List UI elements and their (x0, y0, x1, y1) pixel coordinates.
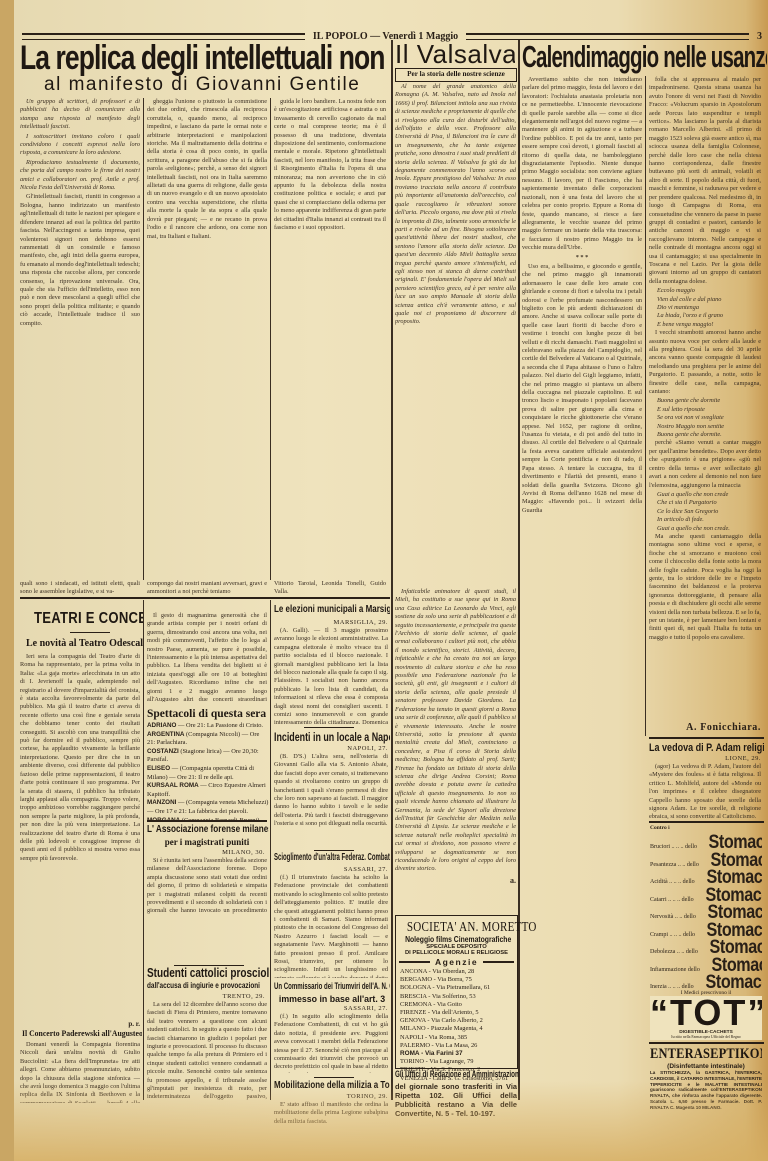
main-headline: La replica degli intellettuali non fasci… (20, 40, 309, 76)
poem-line: Guai a quello che non crede (657, 491, 761, 499)
body-paragraph: Al nome del grande anatomico della Romag… (395, 83, 516, 327)
agency-address: Via dell'Ariento, 5 (432, 1009, 479, 1016)
body-paragraph: (B. D'S.) L'altra sera, nell'osteria di … (274, 753, 388, 829)
tot-logo: “TOT” (650, 996, 762, 1030)
marsiglia-headline-block: Le elezioni municipali a Marsiglia (274, 604, 390, 618)
ad-body: La STITICHEZZA, la GASTRICA, l'ENTERICA,… (650, 1070, 762, 1111)
agency-city: ANCONA (400, 968, 427, 975)
agencies-title: Agenzie (435, 957, 478, 967)
tot-note: Iscritto nella Farmacopea Ufficiale del … (650, 1035, 762, 1039)
agency-city: BOLOGNA (400, 984, 431, 991)
ad-row: Pesantezza .. .. delloStomaco (650, 850, 762, 868)
body-text: Vittorio Taroial, Leonida Tonelli, Guido… (274, 580, 386, 595)
body-paragraph: (f.) In seguito allo scioglimento della … (274, 1013, 388, 1073)
body-paragraph: Gl'intellettuali fascisti, riuniti in co… (20, 193, 140, 328)
agency-row: MILANO - Piazzale Magenta, 4 (400, 1025, 517, 1033)
studenti-body: La sera del 12 dicembre dell'anno scorso… (147, 1001, 267, 1101)
notice-headline: Gli Uffici di Redazione ed Amministrazio… (395, 1069, 477, 1080)
ad-row-label: Pesantezza .. .. dello (650, 862, 699, 868)
poem-line: E bene venga maggio! (657, 321, 761, 329)
separator: * * * (522, 254, 642, 262)
agency-row: GENOVA - Via Carlo Alberto, 2 (400, 1017, 517, 1025)
combattenti-headline: Scioglimento d'un'altra Federaz. Combatt… (274, 852, 344, 863)
poem-stanza: Guai a quello che non crede Che ci sia i… (649, 491, 761, 533)
column-divider (518, 40, 520, 1100)
agency-row: TORINO - Via Lagrange, 79 (400, 1058, 517, 1066)
ad-row-label: Debolezza .. .. dello (650, 949, 698, 955)
agency-address: Piazzale Magenta, 4 (431, 1025, 483, 1032)
forense-subheadline: per i magistrati puniti (147, 837, 267, 847)
agency-city: GENOVA (400, 1017, 426, 1024)
main-subheadline: al manifesto di Giovanni Gentile (44, 74, 394, 96)
agency-address: Via Carlo Alberto, 2 (431, 1017, 483, 1024)
section-divider (20, 597, 390, 599)
agency-city: BRESCIA (400, 993, 427, 1000)
poem-line: Dio vi mantenga (657, 304, 761, 312)
milizia-dateline: TORINO, 29. (274, 1093, 388, 1102)
concert-body: Domani venerdì la Compagnia fiorentina N… (20, 1041, 140, 1103)
forense-headline-block: L' Associazione forense milanese (147, 823, 269, 837)
commissario-headline: Un Commissario dei Triumviri dell'A. N. … (274, 981, 348, 992)
body-paragraph: gheggia l'unione o piuttosto la commisti… (147, 98, 267, 241)
marsiglia-headline: Le elezioni municipali a Marsiglia (274, 604, 367, 615)
ad-row-label: Nervosità .. .. dello (650, 914, 696, 920)
body-paragraph: perchè «Siamo venuti a cantar maggio per… (649, 439, 761, 489)
agency-list: ANCONA - Via Oberdan, 28BERGAMO - Via Bo… (396, 968, 517, 1083)
ad-brand: ENTERASEPTIKON (650, 1046, 746, 1063)
show-listing: MANZONI — (Compagnia veneta Micheluzzi) … (147, 799, 269, 816)
show-listing: ELISEO — (Compagnia operetta Città di Mi… (147, 765, 269, 782)
poem-line: Che ci sia il Purgatorio (657, 499, 761, 507)
section-divider (649, 821, 764, 823)
newspaper-page: IL POPOLO — Venerdì 1 Maggio 3 La replic… (14, 0, 768, 1161)
intro-paragraph: Riproduciamo testualmente il documento, … (20, 159, 140, 193)
poem-line: Buona gente che dormite. (657, 431, 761, 439)
section-divider (649, 1042, 764, 1044)
ad-tagline: Noleggio films Cinematografiche (405, 935, 508, 944)
forense-body: Si è riunita ieri sera l'assemblea della… (147, 857, 267, 915)
ornament-rule (70, 632, 110, 633)
spettacoli-title-block: Spettacoli di questa sera (147, 708, 269, 722)
ad-row-label: Infiammazione dello (650, 967, 700, 973)
agency-address: Via Borra, 75 (437, 976, 472, 983)
napoli-headline: Incidenti in un locale a Napoli (274, 730, 360, 744)
studenti-headline-block: Studenti cattolici prosciolti (147, 966, 269, 982)
agency-address: Via La Masa, 26 (435, 1042, 477, 1049)
marsiglia-body: (A. Galli). — Il 3 maggio prossimo avran… (274, 627, 388, 725)
section-divider (147, 820, 267, 822)
main-article-end-3: Vittorio Taroial, Leonida Tonelli, Guido… (274, 580, 386, 596)
adam-body: (agor) La vedova di P. Adam, l'autore de… (649, 763, 761, 819)
agency-address: Via Roma, 385 (429, 1034, 468, 1041)
poem-line: Ce lo dice San Gregorio (657, 508, 761, 516)
teatri-subheadline-block: Le novità al Teatro Odescalchi (26, 638, 144, 652)
milizia-body: E' stato affisso il manifesto che ordina… (274, 1101, 388, 1127)
teatri-col-2: Il gesto di magnanima generosità che il … (147, 612, 267, 702)
ornament-rule (314, 850, 354, 851)
theatre-name: ARGENTINA (147, 731, 184, 738)
milizia-headline: Mobilitazione della milizia a Torino (274, 1079, 362, 1091)
body-paragraph: E' stato affisso il manifesto che ordina… (274, 1101, 388, 1126)
forense-subheadline-block: per i magistrati puniti (147, 837, 267, 849)
body-paragraph: Si è riunita ieri sera l'assemblea della… (147, 857, 267, 915)
main-article-col-2: gheggia l'unione o piuttosto la commisti… (147, 98, 267, 578)
theatre-name: KURSAAL ROMA (147, 782, 199, 789)
adam-headline-block: La vedova di P. Adam religiosa (649, 742, 764, 756)
spettacoli-list: ADRIANO — Ore 21: La Passione di Cristo.… (147, 722, 269, 820)
forense-headline: L' Associazione forense milanese (147, 823, 242, 835)
calendimaggio-col-1: Avvertiamo subito che non intendiamo par… (522, 76, 642, 736)
valsalva-subheadline: Per la storia delle nostre scienze (396, 69, 516, 80)
agency-row: CREMONA - Via Goito (400, 1001, 517, 1009)
body-paragraph: guida le loro bandiere. La nostra fede n… (274, 98, 386, 233)
agency-address: Via Solferino, 53 (432, 993, 476, 1000)
body-paragraph: (A. Galli). — Il 3 maggio prossimo avran… (274, 627, 388, 725)
agency-city: MILANO (400, 1025, 426, 1032)
ad-row-label: Catarri .. .. .. dello (650, 897, 694, 903)
agency-address: Via Lagrange, 79 (429, 1058, 473, 1065)
main-article-end-2: compongo dai nostri maniani avversari, g… (147, 580, 267, 596)
body-paragraph: I vecchi strambotti amorosi hanno anche … (649, 329, 761, 396)
enteraseptikon-advertisement: ENTERASEPTIKON (Disinfettante intestinal… (650, 1046, 762, 1116)
calendimaggio-signature: A. Fonicchiara. (649, 722, 761, 736)
agency-city: ROMA (400, 1050, 419, 1057)
agency-city: CREMONA (400, 1001, 432, 1008)
body-paragraph: La sera del 12 dicembre dell'anno scorso… (147, 1001, 267, 1101)
body-text: quali sono i sindacati, ed istituti elet… (20, 580, 140, 595)
adam-headline: La vedova di P. Adam religiosa (649, 742, 743, 754)
ad-company: SOCIETA' AN. MORETTO (407, 919, 506, 935)
valsalva-headline: Il Valsalva (395, 40, 515, 68)
moretto-advertisement: SOCIETA' AN. MORETTO Noleggio films Cine… (395, 915, 518, 1069)
poem-line: La biada, l'orzo e il grano (657, 312, 761, 320)
agency-city: FIRENZE (400, 1009, 426, 1016)
column-divider (270, 98, 271, 580)
ornament-rule (314, 1077, 354, 1078)
ad-row-label: Acidità .. .. .. dello (650, 879, 695, 885)
calendimaggio-headline: Calendimaggio nelle usanze romane (522, 40, 684, 74)
body-paragraph: folla che si appressava al maialo per im… (649, 76, 761, 286)
ad-subtitle: (Disinfettante intestinale) (650, 1063, 762, 1070)
ad-row: Bruciori .. .. .. delloStomaco (650, 832, 762, 850)
agency-row: BERGAMO - Via Borra, 75 (400, 976, 517, 984)
poem-line: Nostro Maggio non sentite (657, 423, 761, 431)
poem-stanza: Buona gente che dormite E sul letto ripo… (649, 397, 761, 439)
agency-row: ROMA - Via Farini 37 (400, 1050, 517, 1058)
valsalva-body: Al nome del grande anatomico della Romag… (395, 83, 516, 588)
napoli-body: (B. D'S.) L'altra sera, nell'osteria di … (274, 753, 388, 845)
milizia-headline-block: Mobilitazione della milizia a Torino (274, 1079, 390, 1093)
ornament-rule (304, 727, 354, 728)
agency-address: Via Pietramellara, 61 (436, 984, 490, 991)
studenti-headline: Studenti cattolici prosciolti (147, 966, 245, 980)
main-subheadline-block: al manifesto di Giovanni Gentile (44, 74, 394, 96)
show-listing: KURSAAL ROMA — Circo Equestre Almeri Kap… (147, 782, 269, 799)
ad-row-label: Crampi .. .. .. dello (650, 932, 695, 938)
column-divider (143, 98, 144, 580)
body-paragraph: (agor) La vedova di P. Adam, l'autore de… (649, 763, 761, 819)
column-divider (270, 600, 271, 1100)
ad-row: Catarri .. .. .. delloStomaco (650, 885, 762, 903)
show-info: — Ore 21: La Passione di Cristo. (178, 722, 263, 729)
show-listing: ARGENTINA (Compagnia Niccoli) — Ore 21: … (147, 731, 269, 748)
commissario-body: (f.) In seguito allo scioglimento della … (274, 1013, 388, 1073)
body-paragraph: Il gesto di magnanima generosità che il … (147, 612, 267, 702)
agencies-header: Agenzie (399, 957, 514, 967)
column-divider (391, 40, 393, 1100)
masthead-rule-left (22, 33, 305, 40)
ad-row-word: Stomaco (705, 972, 762, 994)
agency-city: TORINO (400, 1058, 424, 1065)
napoli-headline-block: Incidenti in un locale a Napoli (274, 730, 390, 746)
calendimaggio-col-2: folla che si appressava al maialo per im… (649, 76, 761, 731)
main-article-end-1: quali sono i sindacati, ed istituti elet… (20, 580, 140, 596)
ad-rows: Bruciori .. .. .. delloStomacoPesantezza… (650, 832, 762, 990)
body-paragraph: Ieri sera la compagnia del Teatro d'arte… (20, 653, 140, 863)
show-listing: ADRIANO — Ore 21: La Passione di Cristo. (147, 722, 269, 731)
poem-stanza: Eccolo maggio Vien dal colle e dal piano… (649, 287, 761, 329)
poem-line: Se ora voi non vi svegliate (657, 414, 761, 422)
tot-brand-block: “TOT” DIGESTIBLE-CACHETS Iscritto nella … (650, 996, 762, 1040)
ad-row: Infiammazione delloStomaco (650, 955, 762, 973)
concert-headline-block: Il Concerto Paderewski all'Augusteo (22, 1028, 142, 1040)
valsalva-signature: a. (395, 876, 516, 886)
agency-city: NAPOLI (400, 1034, 423, 1041)
theatre-name: MANZONI (147, 799, 176, 806)
combattenti-body: (f.) Il triumvirato fascista ha sciolto … (274, 874, 388, 978)
theatre-name: COSTANZI (147, 748, 179, 755)
ad-row-label: Bruciori .. .. .. dello (650, 844, 697, 850)
poem-line: E sul letto riposate (657, 406, 761, 414)
valsalva-subheadline-box: Per la storia delle nostre scienze (395, 68, 517, 82)
body-paragraph: Infaticabile animatore di questi studi, … (395, 588, 516, 874)
poem-line: Eccolo maggio (657, 287, 761, 295)
theatre-name: ELISEO (147, 765, 170, 772)
studenti-subheadline-block: dall'accusa di ingiurie e provocazioni (147, 981, 269, 992)
agency-row: ANCONA - Via Oberdan, 28 (400, 968, 517, 976)
valsalva-headline-block: Il Valsalva (395, 40, 515, 68)
calendimaggio-headline-block: Calendimaggio nelle usanze romane (522, 40, 767, 74)
main-headline-block: La replica degli intellettuali non fasci… (20, 40, 390, 76)
agency-city: PALERMO (400, 1042, 430, 1049)
agency-row: BRESCIA - Via Solferino, 53 (400, 993, 517, 1001)
ad-intro: Contro i (650, 825, 762, 832)
studenti-subheadline: dall'accusa di ingiurie e provocazioni (147, 981, 242, 990)
agency-row: PALERMO - Via La Masa, 26 (400, 1042, 517, 1050)
body-paragraph: Avvertiamo subito che non intendiamo par… (522, 76, 642, 253)
body-paragraph: Ma anche questi cantamaggio della montag… (649, 533, 761, 642)
masthead-rule-right (466, 33, 749, 40)
body-paragraph: (f.) Il triumvirato fascista ha sciolto … (274, 874, 388, 978)
poem-line: Guai a quello che non crede. (657, 525, 761, 533)
section-divider (649, 737, 764, 739)
poem-line: Buona gente che dormite (657, 397, 761, 405)
commissario-headline-block: Un Commissario dei Triumviri dell'A. N. … (274, 981, 390, 994)
poem-line: In articolo di fede. (657, 516, 761, 524)
agency-address: Via Goito (437, 1001, 462, 1008)
column-divider (143, 600, 144, 1100)
agency-row: BOLOGNA - Via Pietramellara, 61 (400, 984, 517, 992)
teatri-subheadline: Le novità al Teatro Odescalchi (26, 638, 144, 649)
ad-row: Inerzia .. .. .. delloStomaco (650, 972, 762, 990)
poem-line: Vien dal colle e dal piano (657, 296, 761, 304)
agency-address: Via Farini 37 (425, 1050, 463, 1057)
agency-city: BERGAMO (400, 976, 432, 983)
commissario-subheadline-block: immesso in base all'art. 3 (274, 994, 390, 1005)
ad-special-2: DI PELLICOLE MORALI E RELIGIOSE (396, 950, 517, 956)
commissario-subheadline: immesso in base all'art. 3 (274, 994, 390, 1004)
body-text: compongo dai nostri maniani avversari, g… (147, 580, 267, 595)
theatre-name: ADRIANO (147, 722, 176, 729)
body-paragraph: Uso era, a bellissimo, e giocondo e gent… (522, 263, 642, 515)
notice-headline-block: Gli Uffici di Redazione ed Amministrazio… (395, 1069, 519, 1082)
intro-paragraph: Un gruppo di scrittori, di professori e … (20, 98, 140, 132)
intro-paragraph: I sottoscrittori invitano coloro i quali… (20, 133, 140, 158)
ad-row: Acidità .. .. .. delloStomaco (650, 867, 762, 885)
main-article-col-1: Un gruppo di scrittori, di professori e … (20, 98, 140, 578)
notice-body: del giornale sono trasferiti in Via Ripe… (395, 1082, 517, 1120)
stomaco-advertisement: Contro i Bruciori .. .. .. delloStomacoP… (650, 825, 762, 1005)
spettacoli-title: Spettacoli di questa sera (147, 708, 269, 720)
body-paragraph: Domani venerdì la Compagnia fiorentina N… (20, 1041, 140, 1103)
valsalva-body-continued: Infaticabile animatore di questi studi, … (395, 588, 516, 876)
main-article-col-3: guida le loro bandiere. La nostra fede n… (274, 98, 386, 578)
combattenti-headline-block: Scioglimento d'un'altra Federaz. Combatt… (274, 852, 390, 866)
agency-address: Via Oberdan, 28 (432, 968, 474, 975)
show-listing: COSTANZI (Stagione lirica) — Ore 20,30: … (147, 748, 269, 765)
concert-headline: Il Concerto Paderewski all'Augusteo (22, 1028, 130, 1038)
ad-row: Crampi .. .. .. delloStomaco (650, 920, 762, 938)
column-divider (645, 76, 646, 736)
agency-row: NAPOLI - Via Roma, 385 (400, 1034, 517, 1042)
agency-row: FIRENZE - Via dell'Ariento, 5 (400, 1009, 517, 1017)
teatri-headline: TEATRI E CONCERTI (34, 610, 124, 628)
teatri-body: Ieri sera la compagnia del Teatro d'arte… (20, 653, 140, 1023)
